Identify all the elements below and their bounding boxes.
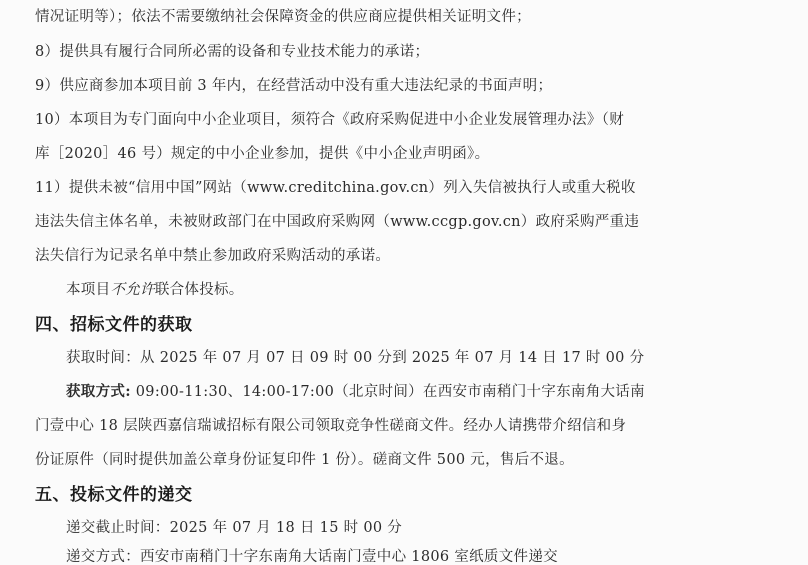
submission-method-label: 递交方式： xyxy=(66,549,140,565)
consortium-prefix: 本项目 xyxy=(66,282,110,298)
acquisition-time-label: 获取时间： xyxy=(66,350,140,366)
acquisition-method-label: 获取方式: xyxy=(66,383,131,400)
requirement-10: 10）本项目为专门面向中小企业项目，须符合《政府采购促进中小企业发展管理办法》（… xyxy=(35,108,624,129)
acquisition-time: 获取时间：从 2025 年 07 月 07 日 09 时 00 分到 2025 … xyxy=(66,346,644,367)
acquisition-method: 获取方式: 09:00-11:30、14:00-17:00（北京时间）在西安市南… xyxy=(66,380,645,401)
submission-deadline: 递交截止时间：2025 年 07 月 18 日 15 时 00 分 xyxy=(66,516,402,537)
submission-method-value: 西安市南稍门十字东南角大话南门壹中心 1806 室纸质文件递交 xyxy=(140,549,558,565)
consortium-emphasis: 不允许 xyxy=(110,282,154,298)
acquisition-time-value: 从 2025 年 07 月 07 日 09 时 00 分到 2025 年 07 … xyxy=(140,350,644,366)
requirement-11-cont: 违法失信主体名单，未被财政部门在中国政府采购网（www.ccgp.gov.cn）… xyxy=(35,210,639,231)
requirement-10-cont: 库［2020］46 号）规定的中小企业参加，提供《中小企业声明函》。 xyxy=(35,142,489,163)
acquisition-method-cont2: 份证原件（同时提供加盖公章身份证复印件 1 份）。磋商文件 500 元，售后不退… xyxy=(35,448,574,469)
requirement-9: 9）供应商参加本项目前 3 年内，在经营活动中没有重大违法纪录的书面声明； xyxy=(35,74,552,95)
section-5-heading: 五、投标文件的递交 xyxy=(35,480,193,505)
acquisition-method-cont: 门壹中心 18 层陕西嘉信瑞诚招标有限公司领取竞争性磋商文件。经办人请携带介绍信… xyxy=(35,414,626,435)
paragraph-line: 情况证明等）；依法不需要缴纳社会保障资金的供应商应提供相关证明文件； xyxy=(35,5,531,26)
submission-deadline-label: 递交截止时间： xyxy=(66,520,170,536)
consortium-suffix: 联合体投标。 xyxy=(155,282,244,298)
submission-method: 递交方式：西安市南稍门十字东南角大话南门壹中心 1806 室纸质文件递交 xyxy=(66,545,558,565)
requirement-11: 11）提供未被“信用中国”网站（www.creditchina.gov.cn）列… xyxy=(35,176,636,197)
requirement-11-cont2: 法失信行为记录名单中禁止参加政府采购活动的承诺。 xyxy=(35,244,390,265)
requirement-8: 8）提供具有履行合同所必需的设备和专业技术能力的承诺； xyxy=(35,40,429,61)
section-4-heading: 四、招标文件的获取 xyxy=(35,310,193,335)
consortium-statement: 本项目不允许联合体投标。 xyxy=(66,278,244,299)
submission-deadline-value: 2025 年 07 月 18 日 15 时 00 分 xyxy=(170,520,403,536)
acquisition-method-value: 09:00-11:30、14:00-17:00（北京时间）在西安市南稍门十字东南… xyxy=(131,384,645,400)
